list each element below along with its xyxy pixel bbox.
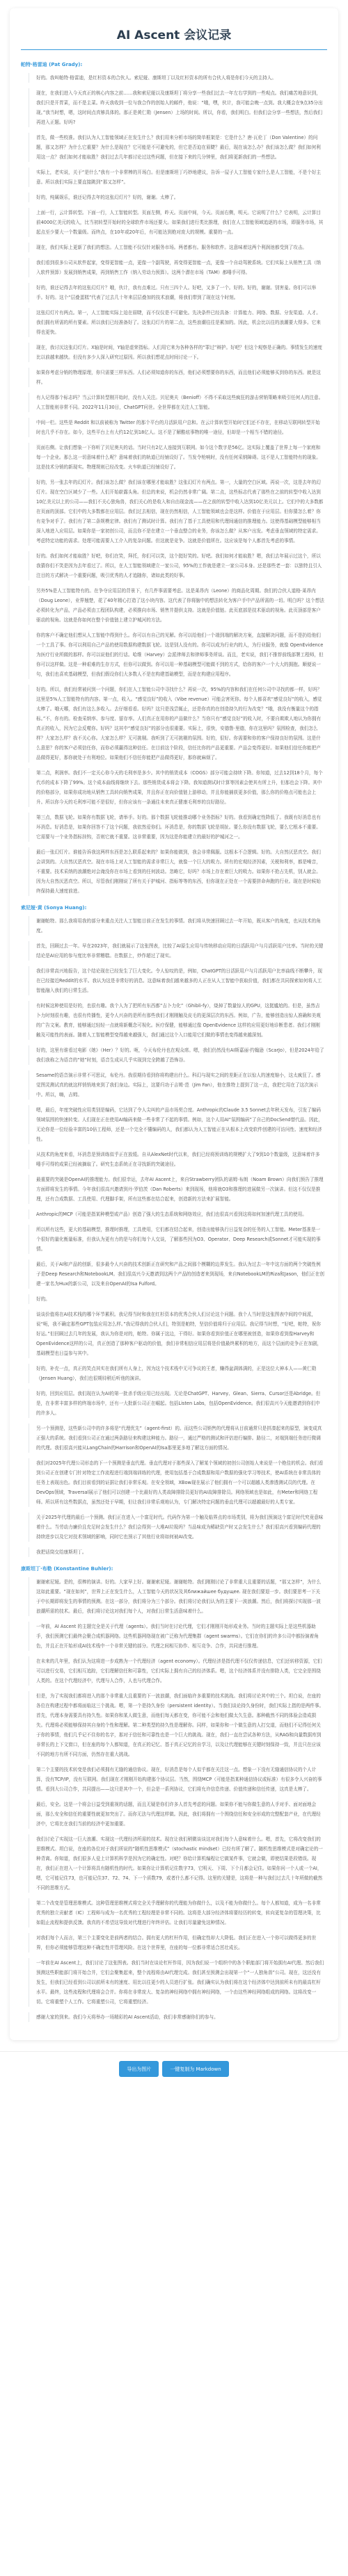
speaker-name: 帕特·格雷迪 (Pat Grady): <box>21 61 327 68</box>
transcript-paragraph: 好的，另一张去年的幻灯片。我们该怎么做？我们该在哪里才能取胜？这张幻灯片有两点。… <box>29 478 327 546</box>
transcript-paragraph: 另一个预测是，这些新公司中的许多将是“代理优先”（agent-first）的。而… <box>29 1424 327 1453</box>
transcript-paragraph: 在未来的几年里，我们认为这将进一步成熟为一个代理经济（agent economy… <box>29 1656 327 1686</box>
transcript-paragraph: 感谢大家的到来。我们今天将举办一场精彩的AI Ascent活动，我们非常感谢你们… <box>29 2012 327 2022</box>
action-bar: 导出为图片 一键复制为 Markdown <box>0 2052 348 2098</box>
speaker-section-pat-grady: 帕特·格雷迪 (Pat Grady): 好的。我叫帕特·格雷迪，是红杉资本的合伙… <box>21 61 327 896</box>
transcript-paragraph: 另外5%是人工智能特有的。在争夺应用层的背景下，有几件事需要考虑。这是莱昂内（L… <box>29 586 327 625</box>
transcript-paragraph: Anthropic的MCP（可能是指某种模型或产品）创造了强大的生态系统和网络效… <box>29 1209 327 1219</box>
transcript-paragraph: 好的。 <box>29 1294 327 1304</box>
transcript-paragraph: 好的。所以，我们经常被问到一个问题，你们在人工智能公司中寻找什么？再说一次，95… <box>29 685 327 763</box>
transcript-paragraph: 有人记得那个标志吗？当云计算转型刚开始时，没有人关注。贝尼奥夫（Benioff）… <box>29 393 327 412</box>
transcript-paragraph: 关于2025年代理的最后一个预测。我们正在进入一个富足时代。代码作为第一个触及临… <box>29 1513 327 1542</box>
transcript-paragraph: 嗯，最后，年度突破性应用类别是编码，它达到了令人尖叫的产品市场契合度。Anthr… <box>29 1105 327 1144</box>
transcript-paragraph: 现在，我们实际上更新了我们的想法。人工智能不仅仅针对服务市场。两者都有。服务和软… <box>29 243 327 252</box>
transcript-paragraph: 最后一张幻灯片。谁能告诉我这两样东西是怎么联系起来的？如果你能做到，我会非常佩服… <box>29 847 327 896</box>
transcript-paragraph: 如果你考虑分销的物理原理，你只需要三样东西。人们必须知道你的东西，他们必须想要你… <box>29 368 327 387</box>
transcript-paragraph: 这张幻灯片有两点。第一，人工智能实际上迫在眉睫，而不仅仅是不可避免。先决条件已经… <box>29 308 327 337</box>
transcript-paragraph: 现在，我讨厌这张幻灯片。X轴是时间，Y轴是虚荣指标。人们用它来为各种各样的“罪过… <box>29 343 327 362</box>
transcript-paragraph: 最重要的突破是OpenAI的推理能力。我们很幸运，去年AI Ascent上，来自… <box>29 1175 327 1204</box>
transcript-paragraph: 第三点，数据飞轮。如果你有数据飞轮，请举手。好的。那个数据飞轮能推动哪个业务指标… <box>29 813 327 842</box>
transcript-paragraph: 好的。我们如何才能取胜？好吧，你们在笑，拜托，你们可以笑，这个挺好笑的。好吧。我… <box>29 551 327 580</box>
transcript-paragraph: 我们非常高兴地报告，这个结论现在已经发生了巨大变化。令人惊叹的是，例如，Chat… <box>29 966 327 995</box>
copy-markdown-button[interactable]: 一键复制为 Markdown <box>162 2061 228 2077</box>
transcript-paragraph: 第二个改变是管理思维模式。这种管理思维模式将完全关乎理解你的代理能为你做什么，以… <box>29 1898 327 1927</box>
transcript-paragraph: 第二个主要的技术转变是我们必须拥有无缝的通信协议。现在，好消息是每个人似乎都在关… <box>29 1765 327 1794</box>
transcript-paragraph: 谈谈价值将在AI技术栈的哪个环节累积。我记得当时和我在红杉资本的优秀合伙人们讨论… <box>29 1310 327 1358</box>
transcript-paragraph: Sesame的语音演示非常不可思议，布伦丹。我很期待看到你将构建出什么。科幻与现… <box>29 1070 327 1100</box>
transcript-paragraph: 对我们每个人而言，第三个主要变化是前两者的结合。拥有更大的杠杆作用，但确定性却大… <box>29 1933 327 1953</box>
transcript-paragraph: 谢谢索尼娅。是的，很棒的演讲。好的。大家早上好。谢谢索尼娅。谢谢帕特。我们刚刚讨… <box>29 1577 327 1616</box>
transcript-paragraph: 好的，这里有谁看过电影《她》（Her）？好的。呃，今天布伦丹也在观众席。嗯，我们… <box>29 1045 327 1065</box>
transcript-paragraph: 但是，为了实现我们都将进入的那个非常重大且重要的下一波浪潮，我们面临许多重要的技… <box>29 1691 327 1759</box>
transcript-paragraph: 页面右侧。让我们想象一下你听了贝尼奥夫的话。当时只有2亿人连接到互联网。如今这个… <box>29 443 327 472</box>
transcript-paragraph: 首先，做一些校准。我们认为人工智能领域正在发生什么？我们用来分析市场的简单框架是… <box>29 133 327 162</box>
transcript-paragraph: 好的，谁还记得去年的这张幻灯片？哦，伙计，我有点难过。只有三四个人。好吧，又多了… <box>29 283 327 302</box>
transcript-paragraph: 中间一栏。这些是 Reddit 和以前被称为 Twitter 的那个平台的月活跃… <box>29 418 327 437</box>
transcript-paragraph: 我们看到很多公司从软件起家，变得更智能一点，更像一个副驾驶，再变得更智能一点，更… <box>29 258 327 277</box>
transcript-card: AI Ascent 会议记录 帕特·格雷迪 (Pat Grady): 好的。我叫… <box>10 8 338 2040</box>
transcript-paragraph: 我们讨论了实现这一巨大浪潮、实现这一代理经济所需的技术。现在让我们稍微谈谈这对我… <box>29 1834 327 1893</box>
transcript-paragraph: 好的，补充一点，真正的笑点其实在我们所有人身上，因为这个技术栈中无可争议的王者，… <box>29 1364 327 1383</box>
transcript-paragraph: 现在，在我们进入今天真正的核心内容之前……我和索尼娅以及康斯坦丁将分享一些我们过… <box>29 88 327 127</box>
export-image-button[interactable]: 导出为图片 <box>119 2061 159 2077</box>
transcript-paragraph: 你的客户不确定他们想从人工智能中得到什么。你可以有自己的见解。你可以给他们一个端… <box>29 630 327 679</box>
speaker-name: 索尼娅·黄 (Sonya Huang): <box>21 904 327 911</box>
transcript-paragraph: 首先，回顾过去一年。早在2023年，我们就展示了这张图表，比较了AI原生应用与传… <box>29 941 327 961</box>
transcript-paragraph: 好的，回到应用层。我们现在认为AI的第一批杀手级应用已经出现。无论是ChatGP… <box>29 1389 327 1418</box>
transcript-paragraph: 最后，安全。这是一个将会日益受到重视的话题，而且无疑是你们许多人首先考虑的问题。… <box>29 1800 327 1829</box>
transcript-paragraph: 实际上，老实说，关于“是什么”我有一个非常棒的开场白。但是康斯坦丁巧妙地建议，告… <box>29 168 327 187</box>
transcript-paragraph: 所以所有这些，更大的基础模型，推理时推理，工具使用，它们都在结合起来，创造出能够… <box>29 1225 327 1254</box>
page-title: AI Ascent 会议记录 <box>21 25 327 50</box>
speaker-name: 康斯坦丁·布勒 (Konstantine Buhler): <box>21 1565 327 1572</box>
transcript-paragraph: 我们对2025年代理公司形态的下一个预测是垂直代理。垂直代理对于那些深入了解某个… <box>29 1458 327 1507</box>
transcript-paragraph: 一年前，AI Ascent 的主题完全是关于代理（agents）。我们当时在讨论… <box>29 1622 327 1651</box>
transcript-paragraph: 有时候这种使用是好的，也很有趣。我个人为了把所有东西都“吉卜力化”（Ghibli… <box>29 1001 327 1040</box>
transcript-paragraph: 上面一行，云计算转型。下面一行，人工智能转型。页面左侧，昨天。页面中间，今天。页… <box>29 208 327 237</box>
transcript-paragraph: 最后，关于AI和产品的创新，很多最令人兴奋的技术创新正在研究和产品之间那个模糊的… <box>29 1260 327 1289</box>
transcript-paragraph: 一年前在AI Ascent上，我们讨论了这张图表。我们当时在谈论杠杆作用，因为我… <box>29 1958 327 2007</box>
transcript-paragraph: 谢谢帕特。那么我将用我的部分来重点关注人工智能目前正在发生的事情。我们将从快速回… <box>29 916 327 936</box>
transcript-paragraph: 第二点，利润率。我们不一定关心你今天的毛利率是多少。其中的销货成本（COGS）部… <box>29 768 327 807</box>
transcript-paragraph: 好的。我叫帕特·格雷迪，是红杉资本的合伙人。索尼娅、康斯坦丁以及红杉资本的所有合… <box>29 73 327 83</box>
speaker-section-sonya-huang: 索尼娅·黄 (Sonya Huang): 谢谢帕特。那么我将用我的部分来重点关注… <box>21 904 327 1557</box>
speaker-section-konstantine-buhler: 康斯坦丁·布勒 (Konstantine Buhler): 谢谢索尼娅。是的，很… <box>21 1565 327 2022</box>
transcript-paragraph: 好的，纯属娱乐，谁还记得去年的这张幻灯片？好的，谢谢。太棒了。 <box>29 193 327 202</box>
transcript-paragraph: 我把话筒交给康斯坦丁。 <box>29 1547 327 1557</box>
transcript-paragraph: 从技术的角度来看，坏消息是预训练似乎正在放缓。自从AlexNet时代以来，我们已… <box>29 1150 327 1169</box>
